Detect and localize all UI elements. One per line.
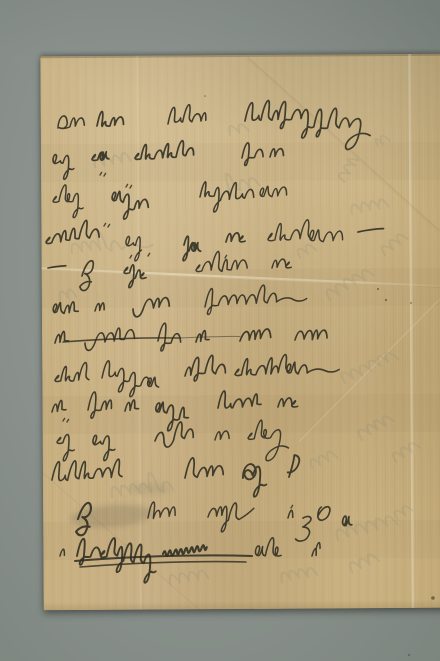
letter-line: slig dyrisk kjøber den <box>0 22 122 33</box>
letter-line: og saa skrækken for en <box>0 11 122 22</box>
paper-crease-horizontal <box>41 267 440 288</box>
letter-line: — Jeg spiser sjelden ens <box>0 44 122 55</box>
letter-photo: Der kan blive blodforgiftning og saa skr… <box>0 0 440 661</box>
paper-showthrough-diagonal <box>42 472 202 612</box>
letter-line: sætter op paa ens skuldre — <box>0 33 122 44</box>
paper-showthrough-diagonal <box>299 299 440 442</box>
letter-line: Der kan blive blodforgiftning <box>0 0 122 11</box>
paper-showthrough-diagonal <box>248 57 440 231</box>
paper-crease-vertical-faint <box>136 56 141 610</box>
letter-paper <box>40 54 440 610</box>
paper-crease-vertical <box>408 54 414 608</box>
